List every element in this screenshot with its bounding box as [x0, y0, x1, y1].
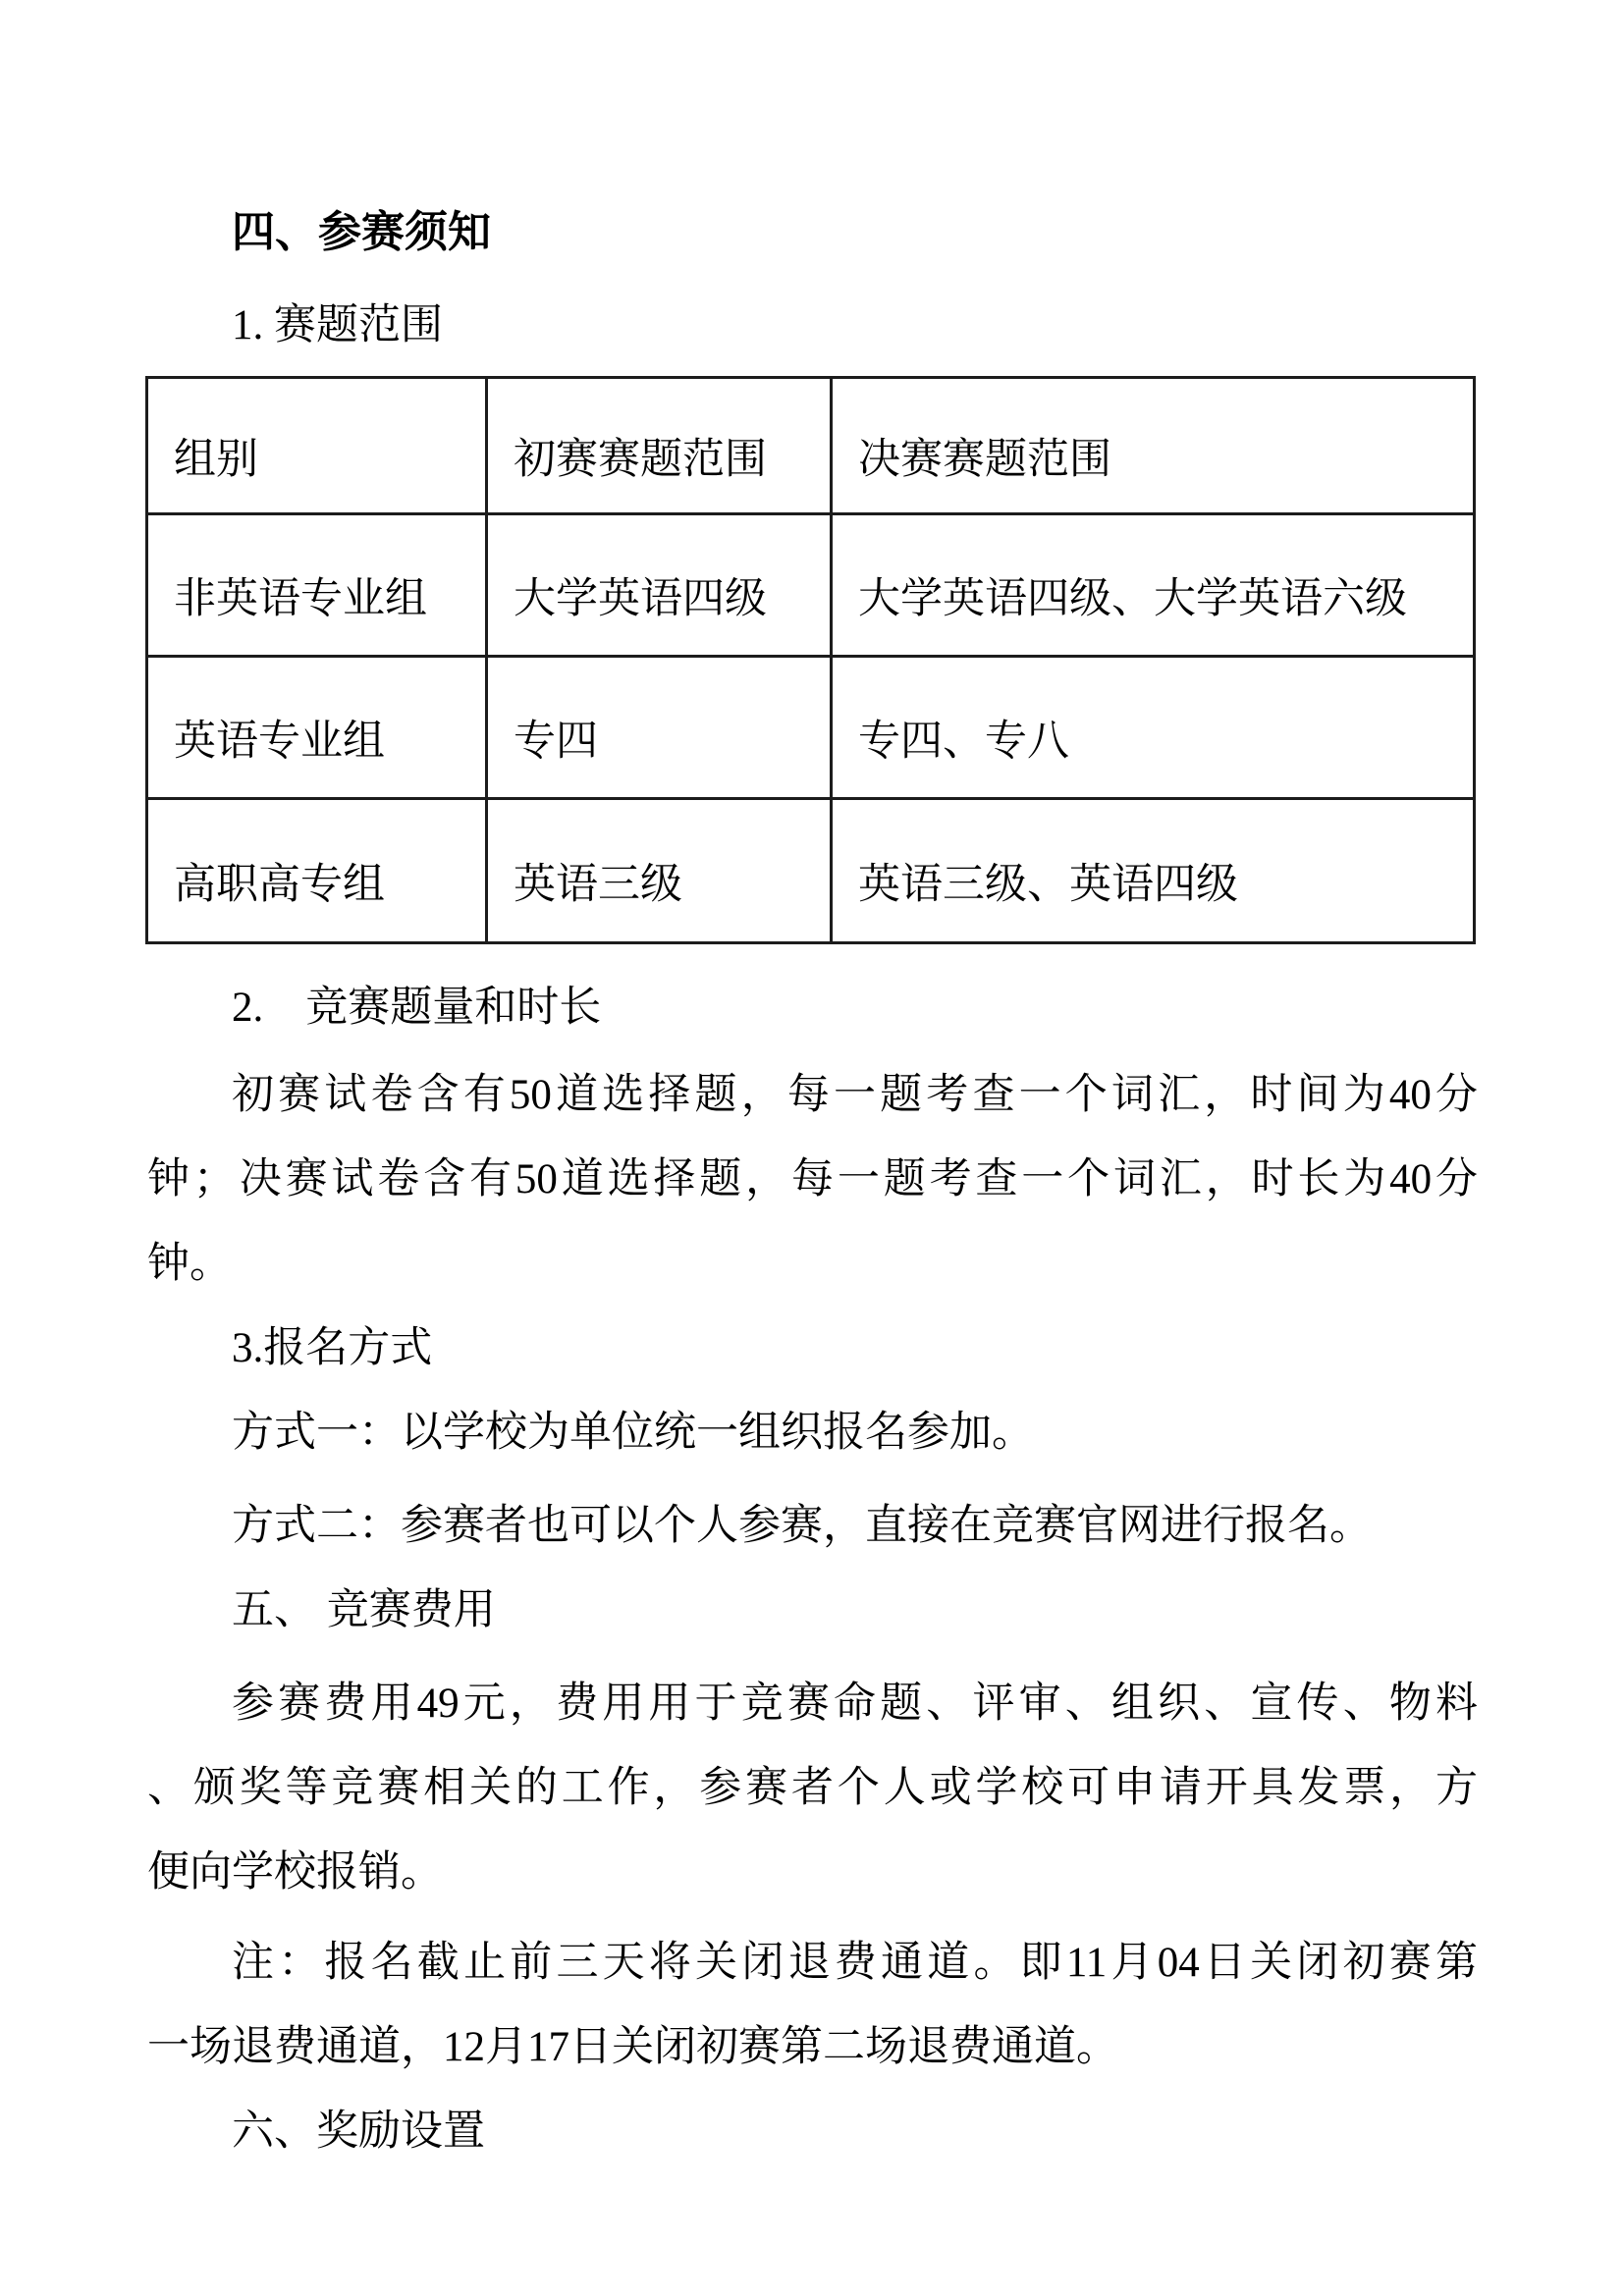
table-cell: 大学英语四级、大学英语六级: [832, 514, 1475, 657]
registration-method-2: 方式二：参赛者也可以个人参赛，直接在竞赛官网进行报名。: [147, 1484, 1478, 1569]
text-line: 注：报名截止前三天将关闭退费通道。即11月04日关闭初赛第: [147, 1921, 1478, 2005]
document-page: 四、参赛须知 1. 赛题范围 组别初赛赛题范围决赛赛题范围非英语专业组大学英语四…: [0, 0, 1624, 2296]
table-header-cell: 组别: [147, 378, 487, 514]
table-row: 高职高专组英语三级英语三级、英语四级: [147, 799, 1475, 943]
text-line: 、颁奖等竞赛相关的工作，参赛者个人或学校可申请开具发票，方: [147, 1746, 1478, 1831]
table-row: 英语专业组专四专四、专八: [147, 657, 1475, 799]
paragraph-quantity: 初赛试卷含有50道选择题，每一题考查一个词汇，时间为40分钟；决赛试卷含有50道…: [147, 1053, 1478, 1307]
table-header-cell: 初赛赛题范围: [487, 378, 832, 514]
subheading-scope: 1. 赛题范围: [147, 284, 1478, 368]
text-line: 一场退费通道，12月17日关闭初赛第二场退费通道。: [147, 2005, 1478, 2090]
scope-table: 组别初赛赛题范围决赛赛题范围非英语专业组大学英语四级大学英语四级、大学英语六级英…: [145, 376, 1476, 944]
text-line: 便向学校报销。: [147, 1831, 1478, 1915]
table-cell: 非英语专业组: [147, 514, 487, 657]
table-cell: 英语三级: [487, 799, 832, 943]
table-header-cell: 决赛赛题范围: [832, 378, 1475, 514]
subheading-registration: 3.报名方式: [147, 1307, 1478, 1391]
text-line: 钟；决赛试卷含有50道选择题，每一题考查一个词汇，时长为40分: [147, 1138, 1478, 1222]
section-heading-5: 五、 竞赛费用: [147, 1569, 1478, 1653]
table-cell: 英语专业组: [147, 657, 487, 799]
table-header-row: 组别初赛赛题范围决赛赛题范围: [147, 378, 1475, 514]
table-cell: 专四: [487, 657, 832, 799]
table-cell: 专四、专八: [832, 657, 1475, 799]
table-cell: 大学英语四级: [487, 514, 832, 657]
text-line: 钟。: [147, 1222, 1478, 1307]
text-line: 初赛试卷含有50道选择题，每一题考查一个词汇，时间为40分: [147, 1053, 1478, 1138]
subheading-quantity: 2. 竞赛题量和时长: [147, 966, 1478, 1050]
paragraph-refund-note: 注：报名截止前三天将关闭退费通道。即11月04日关闭初赛第一场退费通道，12月1…: [147, 1921, 1478, 2090]
table-cell: 英语三级、英语四级: [832, 799, 1475, 943]
paragraph-fee: 参赛费用49元，费用用于竞赛命题、评审、组织、宣传、物料、颁奖等竞赛相关的工作，…: [147, 1662, 1478, 1915]
section-heading-4: 四、参赛须知: [147, 190, 1478, 275]
table-row: 非英语专业组大学英语四级大学英语四级、大学英语六级: [147, 514, 1475, 657]
registration-method-1: 方式一：以学校为单位统一组织报名参加。: [147, 1391, 1478, 1475]
text-line: 参赛费用49元，费用用于竞赛命题、评审、组织、宣传、物料: [147, 1662, 1478, 1746]
section-heading-6: 六、奖励设置: [147, 2090, 1478, 2174]
table-cell: 高职高专组: [147, 799, 487, 943]
